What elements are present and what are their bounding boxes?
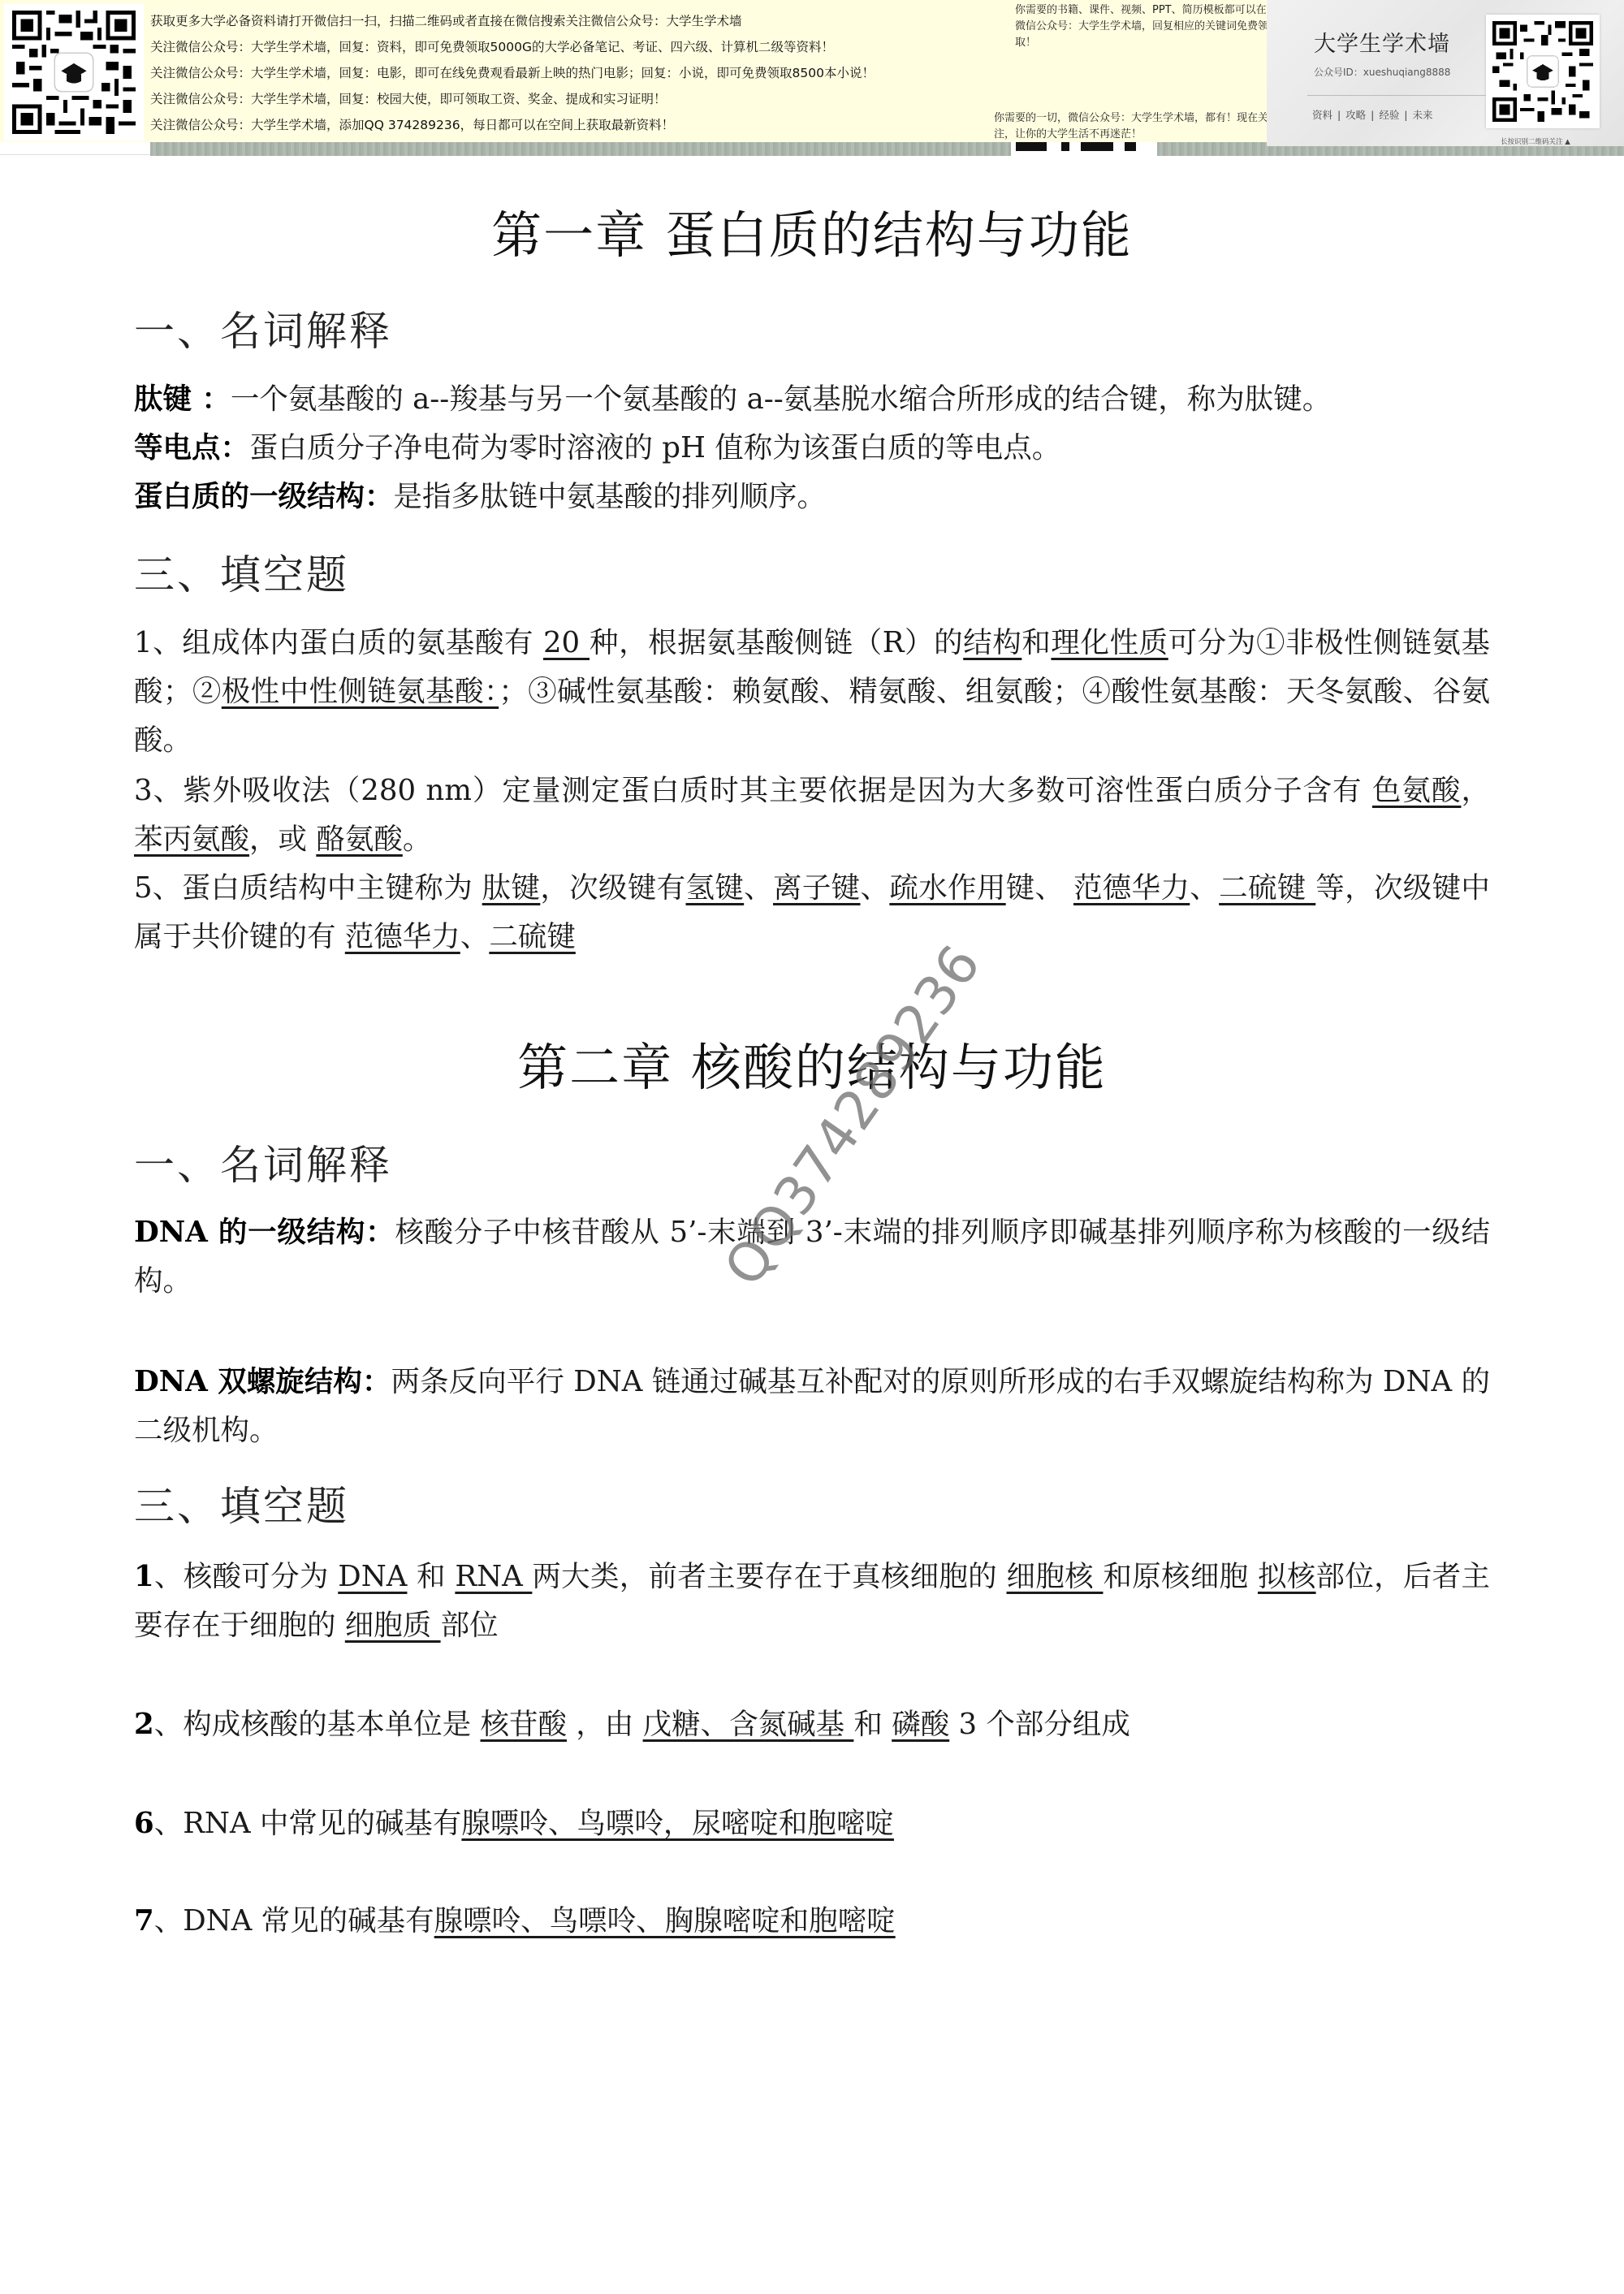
answer-blank: 细胞核: [1007, 1560, 1104, 1593]
term: DNA 双螺旋结构：: [134, 1365, 391, 1398]
question-text: 和: [407, 1560, 455, 1593]
definition-list: 肽键 ：一个氨基酸的 a--羧基与另一个氨基酸的 a--氨基脱水缩合所形成的结合…: [134, 375, 1490, 521]
question-text: ，或: [249, 823, 316, 856]
term: DNA 的一级结构：: [134, 1216, 395, 1249]
question-text: 、: [1190, 871, 1219, 905]
brand-account-id: 公众号ID：xueshuqiang8888: [1314, 65, 1450, 79]
answer-blank: 色氨酸: [1372, 774, 1462, 807]
question-number: 7: [134, 1904, 154, 1938]
definition-item: DNA 双螺旋结构：两条反向平行 DNA 链通过碱基互补配对的原则所形成的右手双…: [134, 1358, 1490, 1455]
answer-blank: 酪氨酸: [316, 823, 403, 856]
answer-blank: 戊糖、含氮碱基: [643, 1708, 854, 1741]
question-text: 、: [861, 871, 890, 905]
question-text: 种，根据氨基酸侧链（R）的: [590, 626, 963, 659]
definition: 蛋白质分子净电荷为零时溶液的 pH 值称为该蛋白质的等电点。: [249, 431, 1060, 464]
answer-blank: 范德华力: [1073, 871, 1190, 905]
definition-item: 蛋白质的一级结构：是指多肽链中氨基酸的排列顺序。: [134, 473, 1490, 521]
answer-blank: 二硫键: [1219, 871, 1315, 905]
question-text: ，由: [567, 1708, 643, 1741]
answer-blank: 核苷酸: [481, 1708, 568, 1741]
question-text: 和: [1021, 626, 1051, 659]
definition-item: 肽键 ：一个氨基酸的 a--羧基与另一个氨基酸的 a--氨基脱水缩合所形成的结合…: [134, 375, 1490, 424]
section-heading: 一、名词解释: [134, 1133, 392, 1191]
section-heading: 一、名词解释: [134, 299, 392, 357]
question-text: 5、蛋白质结构中主键称为: [134, 871, 482, 905]
fill-in-question: 3、紫外吸收法（280 nm）定量测定蛋白质时其主要依据是因为大多数可溶性蛋白质…: [134, 767, 1490, 864]
banner-left-edge: [0, 142, 150, 155]
fill-in-question: 5、蛋白质结构中主键称为 肽键，次级键有氢键、离子键、疏水作用键、 范德华力、二…: [134, 864, 1490, 961]
qr-code-icon[interactable]: [4, 4, 144, 140]
question-number: 6: [134, 1807, 154, 1840]
answer-blank: 腺嘌呤、鸟嘌呤、胸腺嘧啶和胞嘧啶: [434, 1904, 896, 1938]
banner-side-notes: 你需要的书籍、课件、视频、PPT、简历模板都可以在微信公众号：大学生学术墙，回复…: [997, 2, 1273, 51]
question-text: 、: [460, 920, 490, 953]
banner-line: 关注微信公众号：大学生学术墙，回复：资料，即可免费领取5000G的大学必备笔记、…: [150, 34, 1011, 60]
brand-title: 大学生学术墙: [1314, 26, 1450, 58]
answer-blank: 苯丙氨酸: [134, 823, 249, 856]
answer-blank: RNA: [455, 1560, 532, 1593]
banner-note-bottom: 你需要的一切，微信公众号：大学生学术墙，都有！现在关注，让你的大学生活不再迷茫！: [994, 110, 1270, 143]
fill-in-question: 7、DNA 常见的碱基有腺嘌呤、鸟嘌呤、胸腺嘧啶和胞嘧啶: [134, 1897, 1490, 1946]
qr-caption: 长按识别二维码关注 ▲: [1501, 136, 1570, 146]
fill-in-question: 1、组成体内蛋白质的氨基酸有 20 种，根据氨基酸侧链（R）的结构和理化性质可分…: [134, 619, 1490, 765]
banner-promo-lines: 获取更多大学必备资料请打开微信扫一扫，扫描二维码或者直接在微信搜索关注微信公众号…: [150, 8, 1011, 138]
question-text: 、核酸可分为: [154, 1560, 339, 1593]
answer-blank: 拟核: [1258, 1560, 1316, 1593]
question-text: ，: [1461, 774, 1490, 807]
banner-line: 关注微信公众号：大学生学术墙，回复：电影，即可在线免费观看最新上映的热门电影；回…: [150, 60, 1011, 86]
answer-blank: 离子键: [773, 871, 861, 905]
divider: [1307, 95, 1486, 96]
answer-blank: DNA: [338, 1560, 407, 1593]
brand-tags: 资料 | 攻略 | 经验 | 未来: [1312, 107, 1432, 122]
answer-blank: 肽键: [482, 871, 541, 905]
question-text: 。: [403, 823, 432, 856]
term: 肽键 ：: [134, 382, 231, 416]
qr-code-icon[interactable]: [1486, 15, 1600, 128]
question-text: 和原核细胞: [1103, 1560, 1258, 1593]
answer-blank: 理化性质: [1051, 626, 1168, 659]
term: 等电点：: [134, 431, 249, 464]
qr-code-graphic: [11, 11, 137, 134]
answer-blank: 结构: [963, 626, 1021, 659]
question-text: 3、紫外吸收法（280 nm）定量测定蛋白质时其主要依据是因为大多数可溶性蛋白质…: [134, 774, 1372, 807]
definition-item: 等电点：蛋白质分子净电荷为零时溶液的 pH 值称为该蛋白质的等电点。: [134, 424, 1490, 473]
qr-code-graphic: [1492, 21, 1593, 122]
question-text: 、RNA 中常见的碱基有: [154, 1807, 462, 1840]
banner-line: 获取更多大学必备资料请打开微信扫一扫，扫描二维码或者直接在微信搜索关注微信公众号…: [150, 8, 1011, 34]
chapter-title: 第二章 核酸的结构与功能: [0, 1027, 1624, 1099]
section-heading: 三、填空题: [134, 1474, 349, 1532]
banner-note-top: 你需要的书籍、课件、视频、PPT、简历模板都可以在微信公众号：大学生学术墙，回复…: [997, 2, 1273, 51]
question-number: 1: [134, 1560, 154, 1593]
answer-blank: 20: [543, 626, 590, 659]
fill-in-question: 1、核酸可分为 DNA 和 RNA 两大类，前者主要存在于真核细胞的 细胞核 和…: [134, 1553, 1490, 1650]
question-number: 2: [134, 1708, 154, 1741]
term: 蛋白质的一级结构：: [134, 480, 394, 513]
answer-blank: 范德华力: [345, 920, 460, 953]
question-text: 、构成核酸的基本单位是: [154, 1708, 481, 1741]
banner-line: 关注微信公众号：大学生学术墙，回复：校园大使，即可领取工资、奖金、提成和实习证明…: [150, 86, 1011, 112]
answer-blank: 细胞质: [345, 1609, 441, 1642]
question-text: 3 个部分组成: [949, 1708, 1130, 1741]
question-text: ，次级键有: [540, 871, 685, 905]
fill-in-question: 2、构成核酸的基本单位是 核苷酸 ，由 戊糖、含氮碱基 和 磷酸 3 个部分组成: [134, 1700, 1490, 1749]
fill-in-question: 6、RNA 中常见的碱基有腺嘌呤、鸟嘌呤，尿嘧啶和胞嘧啶: [134, 1799, 1490, 1848]
answer-blank: 极性中性侧链氨基酸：: [222, 675, 499, 708]
definition-item: DNA 的一级结构：核酸分子中核苷酸从 5’-末端到 3’-末端的排列顺序即碱基…: [134, 1208, 1490, 1306]
banner-line: 关注微信公众号：大学生学术墙，添加QQ 374289236，每日都可以在空间上获…: [150, 112, 1011, 138]
answer-blank: 腺嘌呤、鸟嘌呤，尿嘧啶和胞嘧啶: [461, 1807, 894, 1840]
answer-blank: 疏水作用: [889, 871, 1005, 905]
section-heading: 三、填空题: [134, 542, 349, 601]
answer-blank: 二硫键: [489, 920, 576, 953]
question-text: 1、组成体内蛋白质的氨基酸有: [134, 626, 543, 659]
answer-blank: 磷酸: [892, 1708, 949, 1741]
definition: 是指多肽链中氨基酸的排列顺序。: [394, 480, 827, 513]
question-text: 、DNA 常见的碱基有: [154, 1904, 434, 1938]
question-text: 键、: [1006, 871, 1073, 905]
question-text: 两大类，前者主要存在于真核细胞的: [532, 1560, 1006, 1593]
question-text: 部位: [441, 1609, 499, 1642]
promo-banner: 获取更多大学必备资料请打开微信扫一扫，扫描二维码或者直接在微信搜索关注微信公众号…: [0, 0, 1624, 158]
definition: 一个氨基酸的 a--羧基与另一个氨基酸的 a--氨基脱水缩合所形成的结合键，称为…: [231, 382, 1331, 416]
chapter-title: 第一章 蛋白质的结构与功能: [0, 195, 1624, 267]
question-text: 和: [853, 1708, 892, 1741]
answer-blank: 氢键: [686, 871, 745, 905]
question-text: 、: [744, 871, 773, 905]
